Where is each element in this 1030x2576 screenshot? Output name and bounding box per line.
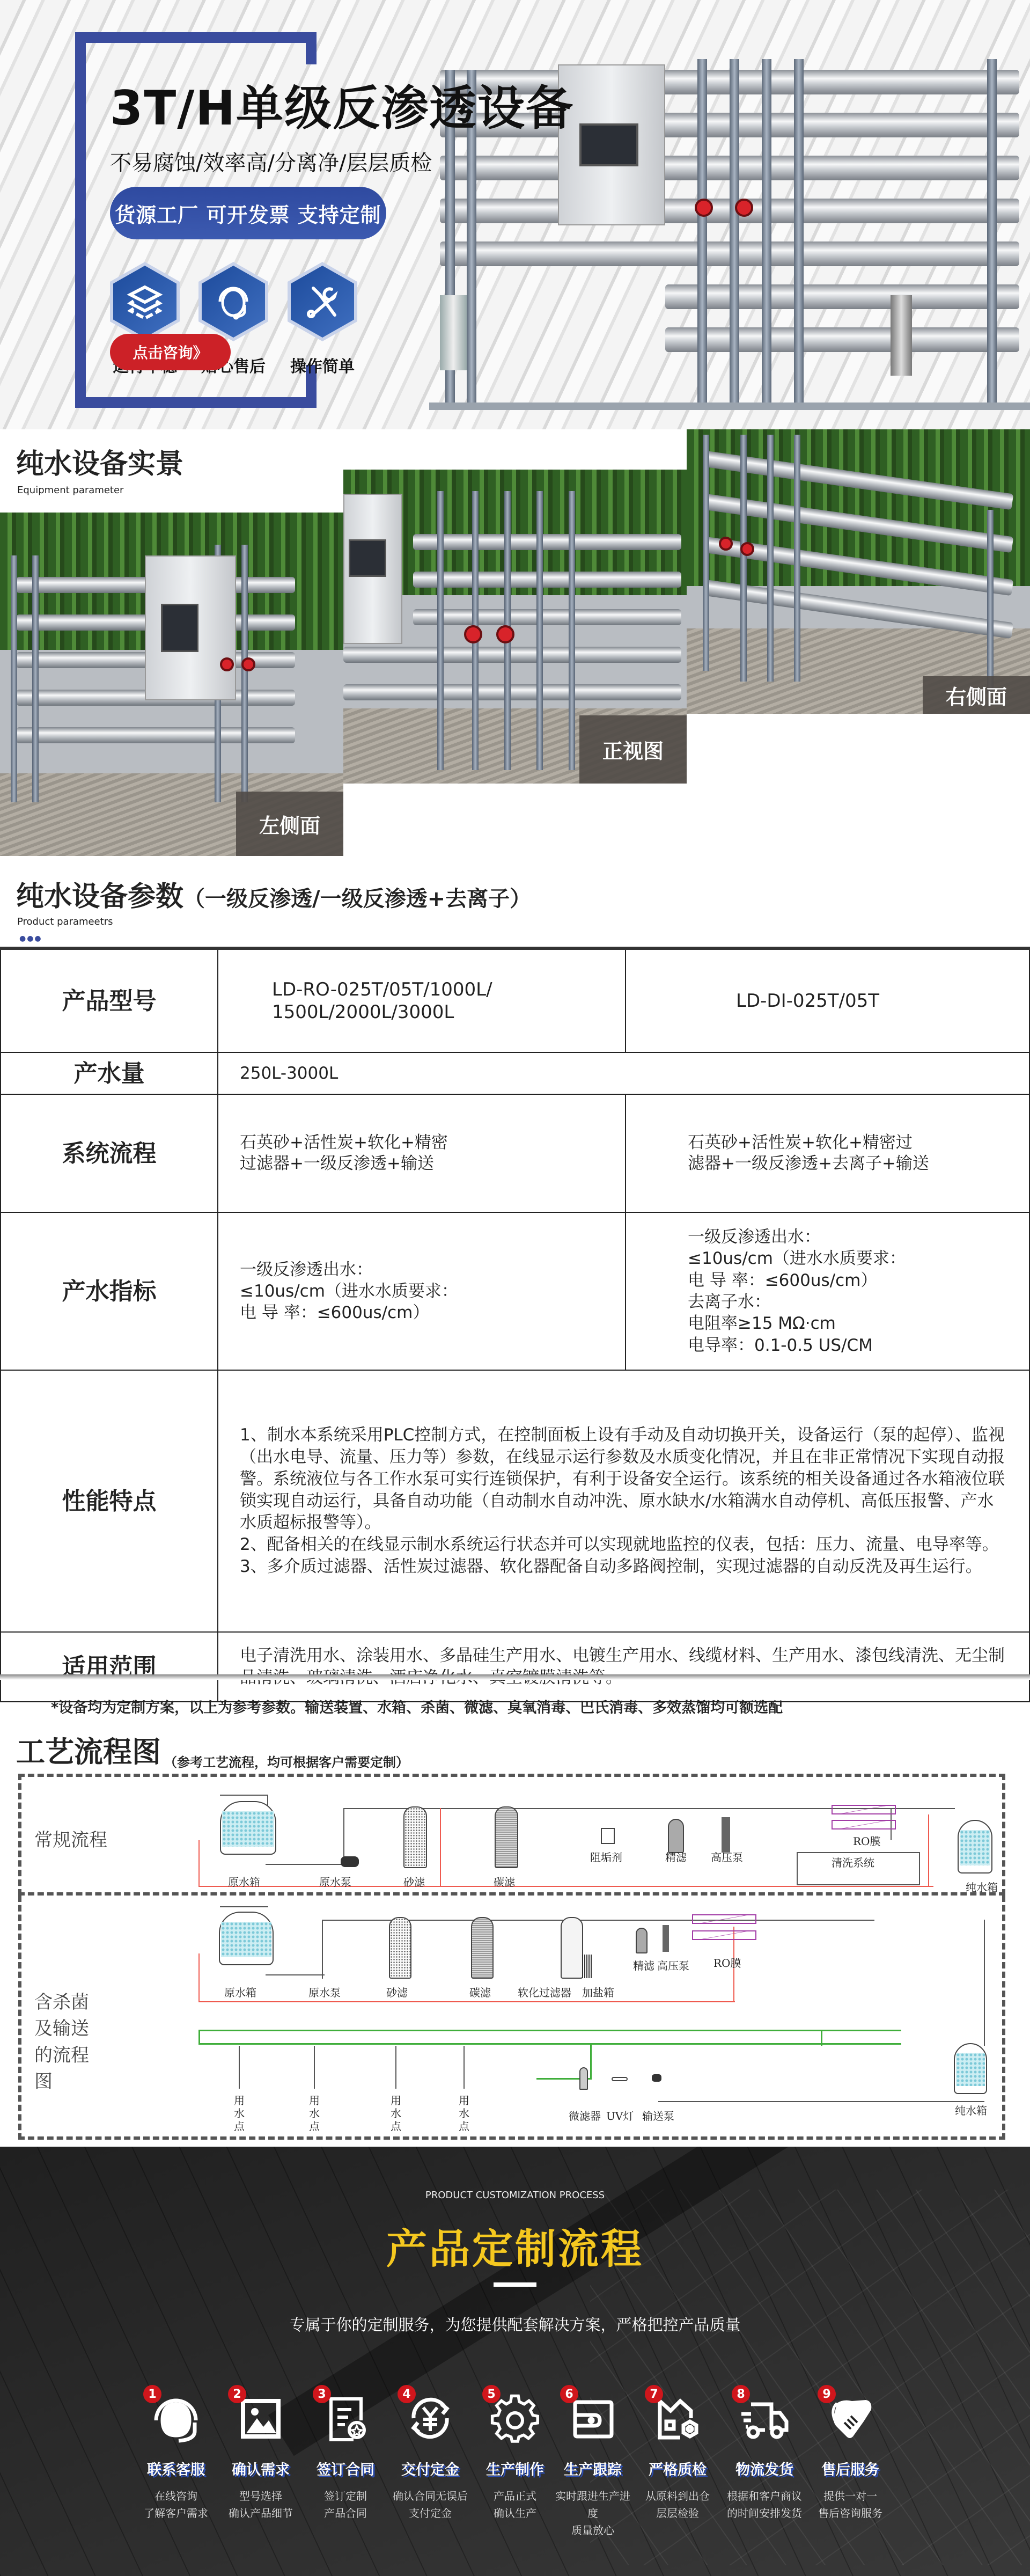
step-4: 4 交付定金 确认合同无误后支付定金: [390, 2388, 470, 2522]
feature-label: 操作简单: [285, 353, 360, 377]
step-number: 7: [645, 2385, 663, 2403]
ro-membrane-icon: [692, 1930, 756, 1940]
frame-border: [306, 32, 317, 64]
step-title: 售后服务: [810, 2458, 891, 2479]
component-label: 精滤: [633, 1957, 654, 1973]
step-number: 4: [398, 2385, 416, 2403]
photo-left-side: 左侧面: [0, 513, 343, 856]
step-3: 3 签订合同 签订定制产品合同: [305, 2388, 386, 2522]
row-label: 产水量: [1, 1052, 218, 1094]
component-label: RO膜: [853, 1833, 880, 1848]
table-row-output: 产水量 250L-3000L: [1, 1052, 1029, 1094]
step-5: 5 生产制作 产品正式确认生产: [475, 2388, 555, 2522]
carbon-filter-icon: [495, 1806, 518, 1868]
step-desc: 型号选择确认产品细节: [220, 2487, 301, 2522]
hero-title: 3T/H单级反渗透设备: [110, 71, 574, 138]
antiscalant-icon: [601, 1828, 615, 1844]
photo-right-side: 右侧面: [687, 429, 1030, 714]
flow-title-row: 工艺流程图 （参考工艺流程，均可根据客户需要定制）: [16, 1729, 409, 1770]
step-number: 9: [818, 2385, 836, 2403]
step-desc: 确认合同无误后支付定金: [390, 2487, 470, 2522]
cell-line: 一级反渗透出水：: [240, 1259, 625, 1280]
cell-model-ro: LD-RO-025T/05T/1000L/ 1500L/2000L/3000L: [218, 948, 626, 1052]
step-7: 7 严格质检 从原料到出仓层层检验: [637, 2388, 718, 2522]
params-title-row: 纯水设备参数 （一级反渗透/一级反渗透+去离子）: [16, 874, 531, 914]
gear-icon: 5: [485, 2388, 545, 2447]
precision-filter-icon: [668, 1819, 684, 1853]
hero-subtitle: 不易腐蚀/效率高/分离净/层层质检: [110, 146, 432, 177]
raw-water-tank-icon: [220, 1801, 276, 1855]
component-label: 加盐箱: [582, 1984, 614, 2000]
cell-features: 1、制水本系统采用PLC控制方式，在控制面板上设有手动及自动切换开关，设备运行（…: [218, 1370, 1029, 1632]
table-shadow: [0, 1674, 1030, 1680]
brine-tank-icon: [582, 1955, 593, 1978]
carbon-filter-icon: [471, 1917, 494, 1979]
cell-quality-di: 一级反渗透出水： ≤10us/cm（进水水质要求： 电 导 率：≤600us/c…: [626, 1212, 1029, 1370]
use-point-pipe: [314, 2046, 315, 2089]
photos-subtitle: Equipment parameter: [17, 485, 123, 496]
cell-line: LD-RO-025T/05T/1000L/: [272, 978, 625, 1001]
photo-tag: 右侧面: [923, 676, 1030, 714]
cell-line: 1500L/2000L/3000L: [272, 1001, 625, 1024]
diagram-sterilization: 含杀菌及输送的流程图 原水箱 原水泵 砂滤 碳滤 软化过滤器 加盐箱 精滤 高压…: [18, 1896, 1005, 2140]
component-label: 纯水箱: [966, 1879, 998, 1894]
headset-icon: [202, 266, 265, 338]
step-title: 生产制作: [475, 2458, 555, 2479]
component-label: 砂滤: [386, 1984, 408, 2000]
step-title: 联系客服: [136, 2458, 216, 2479]
photo-tag: 正视图: [579, 715, 687, 784]
softener-icon: [561, 1917, 583, 1979]
step-title: 确认需求: [220, 2458, 301, 2479]
cell-line: 电 导 率：≤600us/cm）: [688, 1270, 1029, 1291]
step-title: 严格质检: [637, 2458, 718, 2479]
cell-model-di: LD-DI-025T/05T: [626, 948, 1029, 1052]
tools-icon: [291, 266, 354, 338]
uv-lamp-icon: [612, 2077, 628, 2081]
component-label: 输送泵: [642, 2107, 674, 2123]
component-label: 原水箱: [224, 1984, 256, 2000]
diagram-label: 含杀菌及输送的流程图: [34, 1989, 99, 2095]
cell-line: 石英砂+活性炭+软化+精密: [240, 1132, 625, 1153]
cell-line: 电阻率≥15 MΩ·cm: [688, 1313, 1029, 1334]
table-row-features: 性能特点 1、制水本系统采用PLC控制方式，在控制面板上设有手动及自动切换开关，…: [1, 1370, 1029, 1632]
step-title: 交付定金: [390, 2458, 470, 2479]
cell-output: 250L-3000L: [218, 1052, 1029, 1094]
feature-paragraph: 3、多介质过滤器、活性炭过滤器、软化器配备自动多路阀控制，实现过滤器的自动反洗及…: [240, 1556, 1007, 1578]
diagram-standard: 常规流程 原水箱 原水泵 砂滤 碳滤 阻垢剂 精滤 高压泵 RO膜 清洗系统 纯…: [18, 1774, 1005, 1896]
step-desc: 根据和客户商议的时间安排发货: [724, 2487, 805, 2522]
use-point-pipe: [239, 2046, 240, 2089]
component-label: 原水泵: [308, 1984, 341, 2000]
process-tagline: 专属于你的定制服务，为您提供配套解决方案，严格把控产品质量: [0, 2313, 1030, 2335]
step-desc: 签订定制产品合同: [305, 2487, 386, 2522]
ro-membrane-icon: [832, 1805, 896, 1814]
cell-line: 电导率：0.1-0.5 US/CM: [688, 1335, 1029, 1356]
use-point-pipe: [395, 2046, 396, 2089]
step-desc: 产品正式确认生产: [475, 2487, 555, 2522]
step-title: 签订合同: [305, 2458, 386, 2479]
use-point-label: 用水点: [459, 2094, 469, 2133]
step-number: 1: [143, 2385, 161, 2403]
step-2: 2 确认需求 型号选择确认产品细节: [220, 2388, 301, 2522]
component-label: UV灯: [606, 2107, 634, 2123]
use-point-label: 用水点: [309, 2094, 320, 2133]
frame-border: [75, 32, 86, 408]
component-label: 微滤器: [569, 2107, 601, 2123]
step-number: 5: [482, 2385, 501, 2403]
photo-tag: 左侧面: [236, 792, 343, 856]
feature-easy: 操作简单: [288, 262, 360, 377]
dots-decoration: ●●●: [19, 934, 42, 943]
cell-line: 电 导 率：≤600us/cm）: [240, 1302, 625, 1323]
cell-line: 去离子水：: [688, 1291, 1029, 1313]
diagram-label: 常规流程: [34, 1825, 107, 1851]
cell-process-ro: 石英砂+活性炭+软化+精密 过滤器+一级反渗透+输送: [218, 1094, 626, 1212]
raw-water-tank-icon: [219, 1912, 274, 1965]
headset-icon: 1: [146, 2388, 205, 2447]
process-subtitle-en: PRODUCT CUSTOMIZATION PROCESS: [0, 2190, 1030, 2201]
row-label: 系统流程: [1, 1094, 218, 1212]
cell-line: ≤10us/cm（进水水质要求：: [688, 1248, 1029, 1269]
component-label: 原水泵: [319, 1874, 351, 1889]
factory-icon: 7: [648, 2388, 707, 2447]
step-desc: 在线咨询了解客户需求: [136, 2487, 216, 2522]
pure-water-tank-icon: [954, 2043, 987, 2094]
component-label: 高压泵: [657, 1957, 689, 1973]
step-1: 1 联系客服 在线咨询了解客户需求: [136, 2388, 216, 2522]
frame-border: [75, 397, 317, 408]
use-point-label: 用水点: [391, 2094, 401, 2133]
cell-line: 滤器+一级反渗透+去离子+输送: [688, 1153, 1029, 1174]
use-point-label: 用水点: [234, 2094, 245, 2133]
table-row-quality: 产水指标 一级反渗透出水： ≤10us/cm（进水水质要求： 电 导 率：≤60…: [1, 1212, 1029, 1370]
row-label: 产水指标: [1, 1212, 218, 1370]
handshake-icon: 9: [821, 2388, 880, 2447]
step-number: 8: [732, 2385, 750, 2403]
photos-title: 纯水设备实景: [16, 441, 183, 481]
sand-filter-icon: [389, 1917, 411, 1979]
step-desc: 实时跟进生产进度质量放心: [553, 2487, 633, 2539]
table-row-model: 产品型号 LD-RO-025T/05T/1000L/ 1500L/2000L/3…: [1, 948, 1029, 1052]
cell-line: 一级反渗透出水：: [688, 1226, 1029, 1248]
contract-icon: 3: [316, 2388, 375, 2447]
component-label: 碳滤: [494, 1874, 515, 1889]
cell-quality-ro: 一级反渗透出水： ≤10us/cm（进水水质要求： 电 导 率：≤600us/c…: [218, 1212, 626, 1370]
component-label: 清洗系统: [832, 1854, 874, 1870]
step-title: 生产跟踪: [553, 2458, 633, 2479]
params-footnote: *设备均为定制方案，以上为参考参数。输送装置、水箱、杀菌、微滤、臭氧消毒、巴氏消…: [51, 1696, 783, 1717]
component-label: 砂滤: [403, 1874, 425, 1889]
step-8: 8 物流发货 根据和客户商议的时间安排发货: [724, 2388, 805, 2522]
yuan-exchange-icon: 4: [401, 2388, 460, 2447]
truck-icon: 8: [735, 2388, 794, 2447]
title-underline: [494, 2282, 536, 2287]
step-desc: 提供一对一售后咨询服务: [810, 2487, 891, 2522]
cell-line: ≤10us/cm（进水水质要求：: [240, 1280, 625, 1302]
row-label: 适用范围: [1, 1632, 218, 1702]
high-pressure-pump-icon: [663, 1925, 669, 1952]
step-number: 6: [560, 2385, 578, 2403]
table-row-applications: 适用范围 电子清洗用水、涂装用水、多晶硅生产用水、电镀生产用水、线缆材料、生产用…: [1, 1632, 1029, 1702]
pure-water-tank-icon: [958, 1820, 992, 1874]
feature-paragraph: 1、制水本系统采用PLC控制方式，在控制面板上设有手动及自动切换开关，设备运行（…: [240, 1424, 1007, 1534]
consult-button[interactable]: 点击咨询》: [110, 334, 231, 370]
transfer-pump-icon: [652, 2074, 661, 2082]
component-label: 软化过滤器: [518, 1984, 571, 2000]
cell-applications: 电子清洗用水、涂装用水、多晶硅生产用水、电镀生产用水、线缆材料、生产用水、漆包线…: [218, 1632, 1029, 1702]
step-title: 物流发货: [724, 2458, 805, 2479]
ro-membrane-icon: [832, 1820, 896, 1829]
component-label: 高压泵: [711, 1849, 743, 1864]
row-label: 性能特点: [1, 1370, 218, 1632]
params-title: 纯水设备参数: [16, 874, 183, 914]
step-number: 3: [313, 2385, 331, 2403]
table-row-process: 系统流程 石英砂+活性炭+软化+精密 过滤器+一级反渗透+输送 石英砂+活性炭+…: [1, 1094, 1029, 1212]
component-label: 精滤: [665, 1849, 687, 1864]
step-9: 9 售后服务 提供一对一售后咨询服务: [810, 2388, 891, 2522]
component-label: 碳滤: [469, 1984, 491, 2000]
params-title-note: （一级反渗透/一级反渗透+去离子）: [183, 882, 531, 912]
layers-icon: [113, 266, 176, 338]
params-table: 产品型号 LD-RO-025T/05T/1000L/ 1500L/2000L/3…: [0, 947, 1030, 1702]
flow-note: （参考工艺流程，均可根据客户需要定制）: [164, 1752, 409, 1770]
cell-line: 石英砂+活性炭+软化+精密过: [688, 1132, 1029, 1153]
component-label: 纯水箱: [955, 2102, 987, 2118]
feature-paragraph: 2、配备相关的在线显示制水系统运行状态并可以实现就地监控的仪表，包括：压力、流量…: [240, 1534, 1007, 1556]
process-title: 产品定制流程: [0, 2216, 1030, 2275]
component-label: 原水箱: [228, 1874, 260, 1889]
pump-icon: [341, 1856, 359, 1867]
component-label: 阻垢剂: [590, 1849, 622, 1864]
image-icon: 2: [231, 2388, 290, 2447]
row-label: 产品型号: [1, 948, 218, 1052]
flow-title: 工艺流程图: [16, 1729, 161, 1770]
params-subtitle: Product parameetrs: [17, 916, 113, 927]
component-label: RO膜: [713, 1955, 741, 1970]
precision-filter-icon: [636, 1928, 648, 1953]
step-6: 6 生产跟踪 实时跟进生产进度质量放心: [553, 2388, 633, 2539]
ro-membrane-icon: [692, 1914, 756, 1924]
microfilter-icon: [579, 2067, 588, 2090]
cell-line: 过滤器+一级反渗透+输送: [240, 1153, 625, 1174]
step-desc: 从原料到出仓层层检验: [637, 2487, 718, 2522]
hero-badge-pill: 货源工厂 可开发票 支持定制: [110, 187, 386, 239]
wallet-icon: 6: [563, 2388, 622, 2447]
cell-process-di: 石英砂+活性炭+软化+精密过 滤器+一级反渗透+去离子+输送: [626, 1094, 1029, 1212]
step-number: 2: [228, 2385, 246, 2403]
photo-front-view: 正视图: [343, 470, 687, 784]
frame-border: [75, 32, 317, 43]
hero-banner: 3T/H单级反渗透设备 不易腐蚀/效率高/分离净/层层质检 货源工厂 可开发票 …: [0, 0, 1030, 429]
sand-filter-icon: [403, 1806, 427, 1868]
high-pressure-pump-icon: [722, 1817, 730, 1853]
use-point-pipe: [464, 2046, 465, 2089]
